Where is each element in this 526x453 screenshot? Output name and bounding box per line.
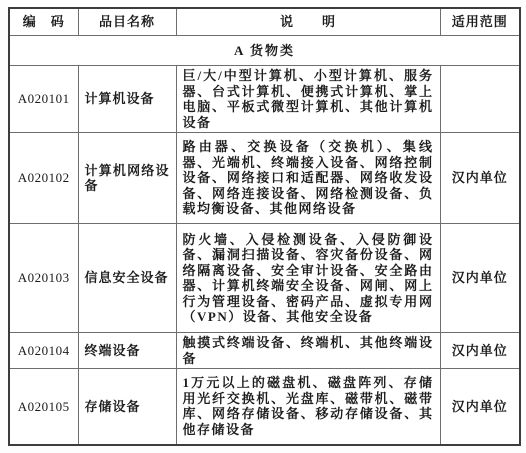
description-cell: 触摸式终端设备、终端机、其他终端设备: [176, 333, 440, 369]
table-header-row: 编 码 品目名称 说 明 适用范围: [9, 8, 520, 36]
scope-cell: [440, 66, 520, 133]
scope-cell: 汉内单位: [440, 369, 520, 445]
table-row: A020105 存储设备 1万元以上的磁盘机、磁盘阵列、存储用光纤交换机、光盘库…: [9, 369, 520, 445]
procurement-catalog-table: 编 码 品目名称 说 明 适用范围 A 货物类 A020101 计算机设备 巨/…: [8, 7, 521, 446]
table-row: A020104 终端设备 触摸式终端设备、终端机、其他终端设备 汉内单位: [9, 333, 520, 369]
table-row: A020103 信息安全设备 防火墙、入侵检测设备、入侵防御设备、漏洞扫描设备、…: [9, 224, 520, 333]
description-cell: 路由器、交换设备（交换机）、集线器、光端机、终端接入设备、网络控制设备、网络接口…: [176, 133, 440, 224]
code-cell: A020103: [9, 224, 78, 333]
column-header-scope: 适用范围: [440, 8, 520, 36]
code-cell: A020101: [9, 66, 78, 133]
category-row: A 货物类: [9, 36, 520, 66]
code-cell: A020105: [9, 369, 78, 445]
category-label: A 货物类: [9, 36, 520, 66]
scope-cell: 汉内单位: [440, 333, 520, 369]
item-name-cell: 计算机设备: [78, 66, 176, 133]
table-row: A020101 计算机设备 巨/大/中型计算机、小型计算机、服务器、台式计算机、…: [9, 66, 520, 133]
item-name-cell: 计算机网络设备: [78, 133, 176, 224]
column-header-code: 编 码: [9, 8, 78, 36]
scope-cell: 汉内单位: [440, 133, 520, 224]
item-name-cell: 信息安全设备: [78, 224, 176, 333]
code-cell: A020104: [9, 333, 78, 369]
description-cell: 巨/大/中型计算机、小型计算机、服务器、台式计算机、便携式计算机、掌上电脑、平板…: [176, 66, 440, 133]
code-cell: A020102: [9, 133, 78, 224]
scope-cell: 汉内单位: [440, 224, 520, 333]
column-header-item-name: 品目名称: [78, 8, 176, 36]
item-name-cell: 存储设备: [78, 369, 176, 445]
item-name-cell: 终端设备: [78, 333, 176, 369]
table-row: A020102 计算机网络设备 路由器、交换设备（交换机）、集线器、光端机、终端…: [9, 133, 520, 224]
document-page: 编 码 品目名称 说 明 适用范围 A 货物类 A020101 计算机设备 巨/…: [0, 0, 526, 453]
description-cell: 1万元以上的磁盘机、磁盘阵列、存储用光纤交换机、光盘库、磁带机、磁带库、网络存储…: [176, 369, 440, 445]
column-header-description: 说 明: [176, 8, 440, 36]
description-cell: 防火墙、入侵检测设备、入侵防御设备、漏洞扫描设备、容灾备份设备、网络隔离设备、安…: [176, 224, 440, 333]
